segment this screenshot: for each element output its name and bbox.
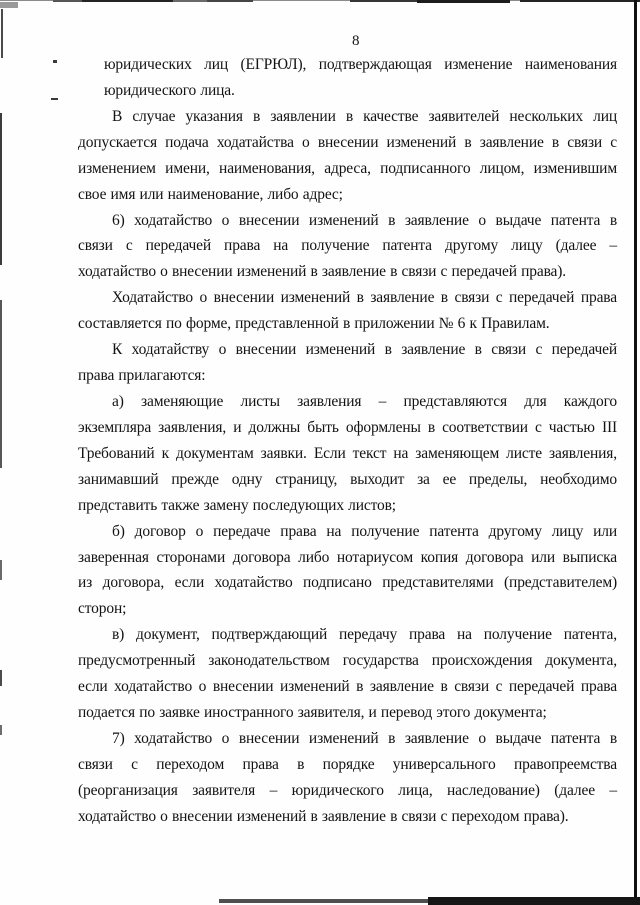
scan-artifact-left-edge (1, 9, 3, 58)
scan-artifact-top-segment (350, 0, 417, 2)
text-line: 6) ходатайство о внесении изменений в за… (78, 208, 617, 234)
text-line: заверенная сторонами договора либо нотар… (78, 545, 617, 571)
text-line: Требований к документам заявки. Если тек… (78, 441, 617, 467)
text-line: экземпляра заявления, и должны быть офор… (78, 415, 617, 441)
scan-artifact-top-segment (520, 0, 640, 2)
text-line: в) документ, подтверждающий передачу пра… (78, 622, 617, 648)
paragraph: 6) ходатайство о внесении изменений в за… (78, 208, 617, 286)
page-number: 8 (352, 33, 360, 50)
scan-artifact-bottom-bar (428, 897, 640, 905)
text-line: 7) ходатайство о внесении изменений в за… (78, 726, 617, 752)
scan-artifact-top-line (0, 0, 640, 1)
document-text-block: юридических лиц (ЕГРЮЛ), подтверждающая … (78, 52, 617, 830)
text-line: б) договор о передаче права на получение… (78, 519, 617, 545)
text-line: К ходатайству о внесении изменений в зая… (78, 337, 617, 363)
text-line: юридического лица. (104, 78, 617, 104)
paragraph: в) документ, подтверждающий передачу пра… (78, 622, 617, 726)
text-line: изменением имени, наименования, адреса, … (78, 156, 617, 182)
text-line: связи с переходом права в порядке универ… (78, 752, 617, 778)
paragraph: В случае указания в заявлении в качестве… (78, 104, 617, 208)
text-line: сторон; (78, 596, 617, 622)
paragraph: а) заменяющие листы заявления – представ… (78, 389, 617, 519)
text-line: Ходатайство о внесении изменений в заявл… (78, 285, 617, 311)
scan-artifact-top-segment (53, 0, 82, 2)
text-line: юридических лиц (ЕГРЮЛ), подтверждающая … (104, 52, 617, 78)
paragraph: 7) ходатайство о внесении изменений в за… (78, 726, 617, 830)
scan-artifact-top-segment (82, 0, 173, 2)
scan-artifact-left-edge (0, 725, 2, 735)
scan-artifact-right-border (634, 0, 637, 905)
text-line: ходатайство о внесении изменений в заявл… (78, 804, 617, 830)
text-line: ходатайство о внесении изменений в заявл… (78, 259, 617, 285)
text-line: свое имя или наименование, либо адрес; (78, 182, 617, 208)
text-line: представить также замену последующих лис… (78, 493, 617, 519)
scan-artifact-speck (53, 60, 57, 63)
paragraph: юридических лиц (ЕГРЮЛ), подтверждающая … (104, 52, 617, 104)
scan-artifact-top-segment (173, 0, 207, 2)
text-line: составляется по форме, представленной в … (78, 311, 617, 337)
scan-artifact-left-edge (0, 560, 2, 580)
scan-artifact-top-segment (417, 0, 510, 3)
text-line: (реорганизация заявителя – юридического … (78, 778, 617, 804)
text-line: В случае указания в заявлении в качестве… (78, 104, 617, 130)
paragraph: б) договор о передаче права на получение… (78, 519, 617, 623)
scan-artifact-left-edge (0, 670, 2, 686)
scan-artifact-top-block (0, 2, 18, 8)
text-line: подается по заявке иностранного заявител… (78, 700, 617, 726)
text-line: связи с передачей права на получение пат… (78, 233, 617, 259)
text-line: предусмотренный законодательством госуда… (78, 648, 617, 674)
text-line: занимавший прежде одну страницу, выходит… (78, 467, 617, 493)
text-line: допускается подача ходатайства о внесени… (78, 130, 617, 156)
scan-artifact-left-edge (0, 300, 2, 468)
scanned-document-page: 8 юридических лиц (ЕГРЮЛ), подтверждающа… (0, 0, 640, 905)
text-line: из договора, если ходатайство подписано … (78, 570, 617, 596)
text-line: а) заменяющие листы заявления – представ… (78, 389, 617, 415)
text-line: права прилагаются: (78, 363, 617, 389)
paragraph: К ходатайству о внесении изменений в зая… (78, 337, 617, 389)
paragraph: Ходатайство о внесении изменений в заявл… (78, 285, 617, 337)
scan-artifact-bottom-bar (219, 899, 430, 903)
scan-artifact-speck (51, 98, 58, 100)
scan-artifact-left-edge (0, 113, 2, 265)
text-line: если ходатайство о внесении изменений в … (78, 674, 617, 700)
scan-artifact-top-segment (207, 0, 253, 2)
scan-artifact-top-segment (253, 0, 350, 1)
